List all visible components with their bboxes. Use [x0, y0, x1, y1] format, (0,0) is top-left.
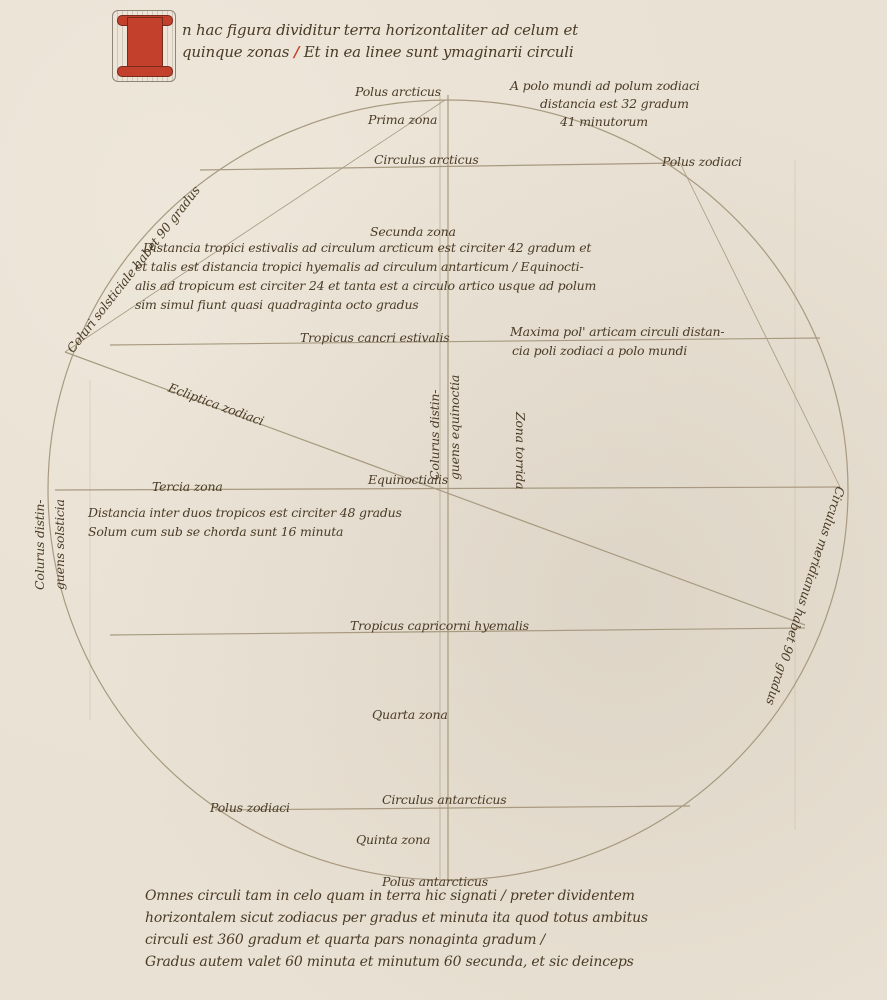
label-quinta-zona: Quinta zona — [356, 830, 430, 849]
secunda-text-line-3: alis ad tropicum est circiter 24 et tant… — [135, 276, 596, 295]
label-polus-arcticus: Polus arcticus — [355, 82, 441, 101]
footer-line-1: Omnes circuli tam in celo quam in terra … — [145, 886, 635, 906]
footer-line-4: Gradus autem valet 60 minuta et minutum … — [145, 952, 634, 972]
label-equinoctialis: Equinoctialis — [368, 470, 448, 489]
heading-line-2: quinque zonas / Et in ea linee sunt ymag… — [182, 42, 573, 62]
maxima-note-line-2: cia poli zodiaci a polo mundi — [512, 341, 687, 360]
heading-line-2-rest: Et in ea linee sunt ymaginarii circuli — [304, 43, 574, 61]
label-polus-zodiaci-bottom: Polus zodiaci — [210, 798, 290, 817]
secunda-text-line-1: Distancia tropici estivalis ad circulum … — [143, 238, 591, 257]
label-quarta-zona: Quarta zona — [372, 705, 448, 724]
secunda-text-line-2: et talis est distancia tropici hyemalis … — [135, 257, 583, 276]
illuminated-initial — [112, 10, 176, 82]
pole-note-line-3: 41 minutorum — [560, 112, 648, 131]
pole-note-line-1: A polo mundi ad polum zodiaci — [510, 76, 700, 95]
label-polus-zodiaci-top: Polus zodiaci — [662, 152, 742, 171]
label-colurus-solsticia-1: Colurus distin- — [30, 500, 49, 590]
label-colurus-solsticia-2: guens solsticia — [50, 499, 69, 590]
maxima-note-line-1: Maxima pol' articam circuli distan- — [510, 322, 724, 341]
manuscript-page: n hac figura dividitur terra horizontali… — [0, 0, 887, 1000]
label-zona-torrida: Zona torrida — [511, 412, 530, 489]
label-tropicus-capricorni: Tropicus capricorni hyemalis — [350, 616, 529, 635]
initial-cap-bottom — [117, 66, 173, 77]
label-colurus-equinoctia-1: Colurus distin- — [425, 390, 444, 480]
footer-line-3: circuli est 360 gradum et quarta pars no… — [145, 930, 545, 950]
label-colurus-equinoctia-2: guens equinoctia — [445, 375, 464, 480]
label-prima-zona: Prima zona — [368, 110, 437, 129]
footer-line-2: horizontalem sicut zodiacus per gradus e… — [145, 908, 648, 928]
tercia-text-line-1: Distancia inter duos tropicos est circit… — [88, 503, 402, 522]
label-tercia-zona: Tercia zona — [152, 477, 223, 496]
paragraph-mark: / — [294, 43, 299, 61]
tercia-text-line-2: Solum cum sub se chorda sunt 16 minuta — [88, 522, 343, 541]
heading-line-1: n hac figura dividitur terra horizontali… — [182, 20, 578, 40]
secunda-text-line-4: sim simul fiunt quasi quadraginta octo g… — [135, 295, 419, 314]
label-tropicus-cancri: Tropicus cancri estivalis — [300, 328, 450, 347]
heading-line-2-prefix: quinque zonas — [182, 43, 289, 61]
pole-note-line-2: distancia est 32 gradum — [540, 94, 689, 113]
label-circulus-arcticus: Circulus arcticus — [374, 150, 479, 169]
label-circulus-antarcticus: Circulus antarcticus — [382, 790, 506, 809]
